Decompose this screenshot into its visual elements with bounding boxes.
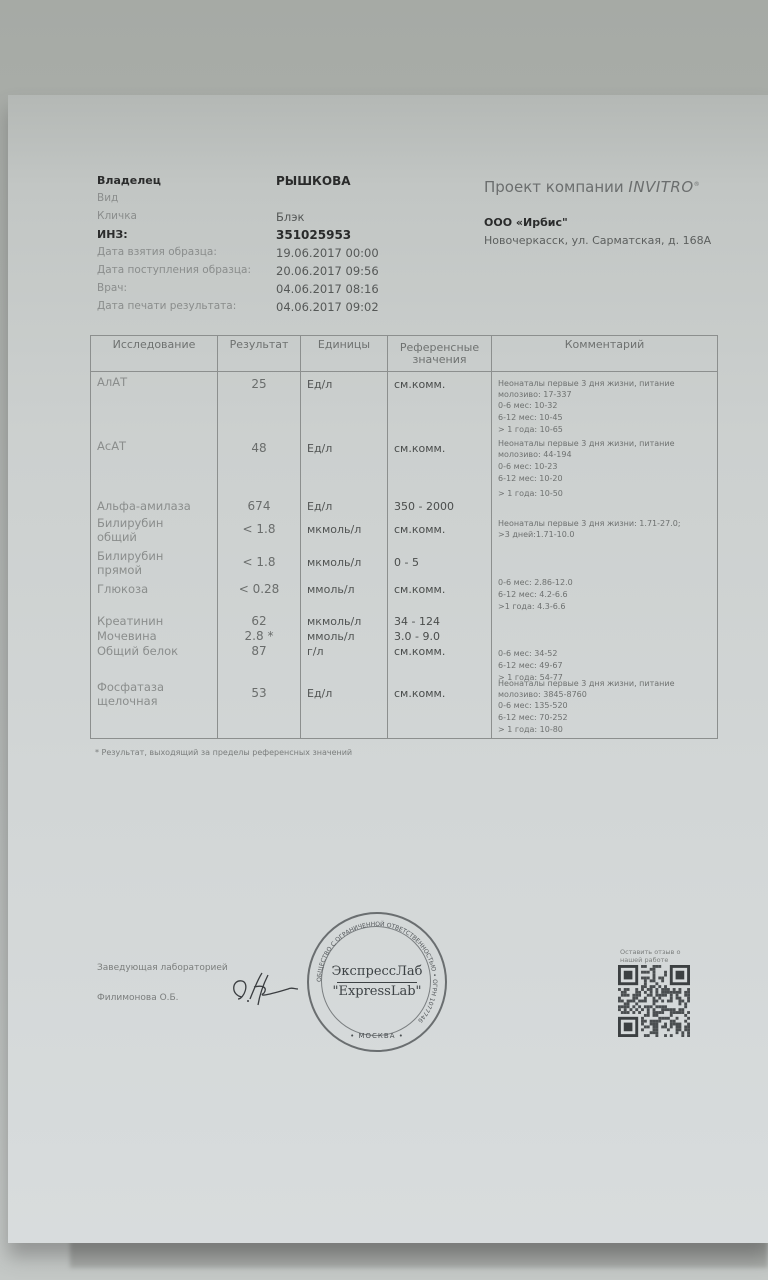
test-unit: мкмоль/л [307, 615, 361, 628]
project-text: Проект компании [484, 178, 624, 196]
col-header-test: Исследование [91, 336, 218, 372]
test-name: прямой [97, 564, 142, 577]
test-result: < 1.8 [218, 556, 300, 569]
test-name: Глюкоза [97, 583, 148, 596]
test-comment-line: 6-12 мес: 10-20 [498, 473, 563, 484]
test-reference: 0 - 5 [394, 556, 419, 569]
test-unit: мкмоль/л [307, 556, 361, 569]
test-result: 674 [218, 500, 300, 513]
test-comment-line: молозиво: 3845-8760 [498, 689, 587, 700]
lab-head-name: Филимонова О.Б. [97, 993, 179, 1003]
test-comment-line: >1 года: 4.3-6.6 [498, 601, 565, 612]
owner-label: Владелец [97, 174, 161, 187]
print-date-label: Дата печати результата: [97, 300, 236, 312]
test-name: АсАТ [97, 440, 126, 453]
test-comment-line: 0-6 мес: 10-32 [498, 400, 557, 411]
test-comment-line: 6-12 мес: 10-45 [498, 412, 563, 423]
test-comment-line: Неонаталы первые 3 дня жизни: 1.71-27.0; [498, 518, 681, 529]
company-project: Проект компании INVITRO® [484, 178, 700, 196]
test-unit: г/л [307, 645, 324, 658]
test-unit: Ед/л [307, 687, 332, 700]
brand-mark: ® [694, 181, 700, 188]
doctor-value: 04.06.2017 08:16 [276, 282, 379, 296]
sample-date-value: 19.06.2017 00:00 [276, 246, 379, 260]
test-reference: см.комм. [394, 442, 445, 455]
test-name: Креатинин [97, 615, 163, 628]
results-column: 2548674< 1.8< 1.8< 0.28622.8 *8753 [218, 372, 300, 738]
sample-date-label: Дата взятия образца: [97, 246, 217, 258]
test-comment-line: >3 дней:1.71-10.0 [498, 529, 574, 540]
col-header-reference: Референсные значения [388, 336, 492, 372]
test-reference: см.комм. [394, 523, 445, 536]
qr-caption-line1: Оставить отзыв о [620, 948, 680, 956]
lab-head-title: Заведующая лабораторией [97, 963, 228, 973]
expresslab-stamp: ОБЩЕСТВО С ОГРАНИЧЕННОЙ ОТВЕТСТВЕННОСТЬЮ… [307, 912, 447, 1052]
stamp-city: • МОСКВА • [309, 1032, 445, 1040]
results-table: Исследование Результат Единицы Референсн… [90, 335, 718, 739]
test-names-column: АлАТАсАТАльфа-амилазаБилирубинобщийБилир… [91, 372, 217, 738]
test-name: щелочная [97, 695, 158, 708]
test-reference: 3.0 - 9.0 [394, 630, 440, 643]
test-unit: Ед/л [307, 378, 332, 391]
test-reference: 350 - 2000 [394, 500, 454, 513]
qr-caption-line2: нашей работе [620, 956, 680, 964]
test-unit: ммоль/л [307, 630, 355, 643]
test-result: 62 [218, 615, 300, 628]
paper-shadow [70, 1240, 768, 1268]
col-header-units: Единицы [301, 336, 388, 372]
inz-label: ИНЗ: [97, 228, 128, 241]
print-date-value: 04.06.2017 09:02 [276, 300, 379, 314]
test-unit: Ед/л [307, 500, 332, 513]
test-result: 25 [218, 378, 300, 391]
test-unit: ммоль/л [307, 583, 355, 596]
test-name: АлАТ [97, 376, 127, 389]
receipt-date-label: Дата поступления образца: [97, 264, 251, 276]
feedback-qr-code-icon[interactable] [618, 965, 690, 1037]
test-comment-line: 0-6 мес: 34-52 [498, 648, 557, 659]
test-comment-line: Неонаталы первые 3 дня жизни, питание [498, 438, 675, 449]
doctor-label: Врач: [97, 282, 127, 294]
test-reference: см.комм. [394, 687, 445, 700]
test-comment-line: 6-12 мес: 49-67 [498, 660, 563, 671]
test-result: 2.8 * [218, 630, 300, 643]
qr-caption: Оставить отзыв о нашей работе [620, 948, 680, 964]
species-label: Вид [97, 192, 118, 204]
nickname-value: Блэк [276, 210, 305, 224]
test-comment-line: молозиво: 17-337 [498, 389, 572, 400]
test-reference: см.комм. [394, 378, 445, 391]
test-comment-line: молозиво: 44-194 [498, 449, 572, 460]
test-name: Альфа-амилаза [97, 500, 191, 513]
nickname-label: Кличка [97, 210, 137, 222]
stamp-divider [337, 982, 417, 983]
test-comment-line: > 1 года: 10-80 [498, 724, 563, 735]
test-name: Фосфатаза [97, 681, 164, 694]
test-unit: мкмоль/л [307, 523, 361, 536]
reference-column: см.комм.см.комм.350 - 2000см.комм.0 - 5с… [388, 372, 491, 738]
org-address: Новочеркасск, ул. Сарматская, д. 168А [484, 234, 711, 247]
test-result: 87 [218, 645, 300, 658]
test-reference: см.комм. [394, 583, 445, 596]
test-name: общий [97, 531, 137, 544]
col-header-result: Результат [218, 336, 301, 372]
col-header-comment: Комментарий [492, 336, 718, 372]
comments-column: Неонаталы первые 3 дня жизни, питаниемол… [492, 372, 717, 738]
units-column: Ед/лЕд/лЕд/лмкмоль/лмкмоль/лммоль/лмкмол… [301, 372, 387, 738]
test-name: Мочевина [97, 630, 157, 643]
test-result: 53 [218, 687, 300, 700]
test-comment-line: > 1 года: 10-50 [498, 488, 563, 499]
out-of-range-footnote: * Результат, выходящий за пределы рефере… [95, 748, 352, 757]
test-comment-line: 6-12 мес: 4.2-6.6 [498, 589, 568, 600]
test-reference: 34 - 124 [394, 615, 440, 628]
stamp-name-ru: ЭкспрессЛаб [309, 964, 445, 979]
test-comment-line: 6-12 мес: 70-252 [498, 712, 568, 723]
stamp-name-en: "ExpressLab" [309, 984, 445, 999]
test-result: < 1.8 [218, 523, 300, 536]
test-reference: см.комм. [394, 645, 445, 658]
invitro-logo: INVITRO [628, 178, 693, 196]
owner-value: РЫШКОВА [276, 174, 351, 188]
test-comment-line: > 1 года: 10-65 [498, 424, 563, 435]
receipt-date-value: 20.06.2017 09:56 [276, 264, 379, 278]
test-comment-line: 0-6 мес: 135-520 [498, 700, 568, 711]
test-comment-line: Неонаталы первые 3 дня жизни, питание [498, 678, 675, 689]
col-header-reference-text: Референсные значения [400, 342, 480, 366]
org-name: ООО «Ирбис" [484, 216, 568, 229]
test-name: Билирубин [97, 517, 163, 530]
test-comment-line: 0-6 мес: 2.86-12.0 [498, 577, 573, 588]
test-name: Билирубин [97, 550, 163, 563]
test-name: Общий белок [97, 645, 178, 658]
test-result: < 0.28 [218, 583, 300, 596]
test-comment-line: Неонаталы первые 3 дня жизни, питание [498, 378, 675, 389]
handwritten-signature-icon [228, 965, 303, 1015]
test-unit: Ед/л [307, 442, 332, 455]
test-result: 48 [218, 442, 300, 455]
test-comment-line: 0-6 мес: 10-23 [498, 461, 557, 472]
inz-value: 351025953 [276, 228, 351, 242]
